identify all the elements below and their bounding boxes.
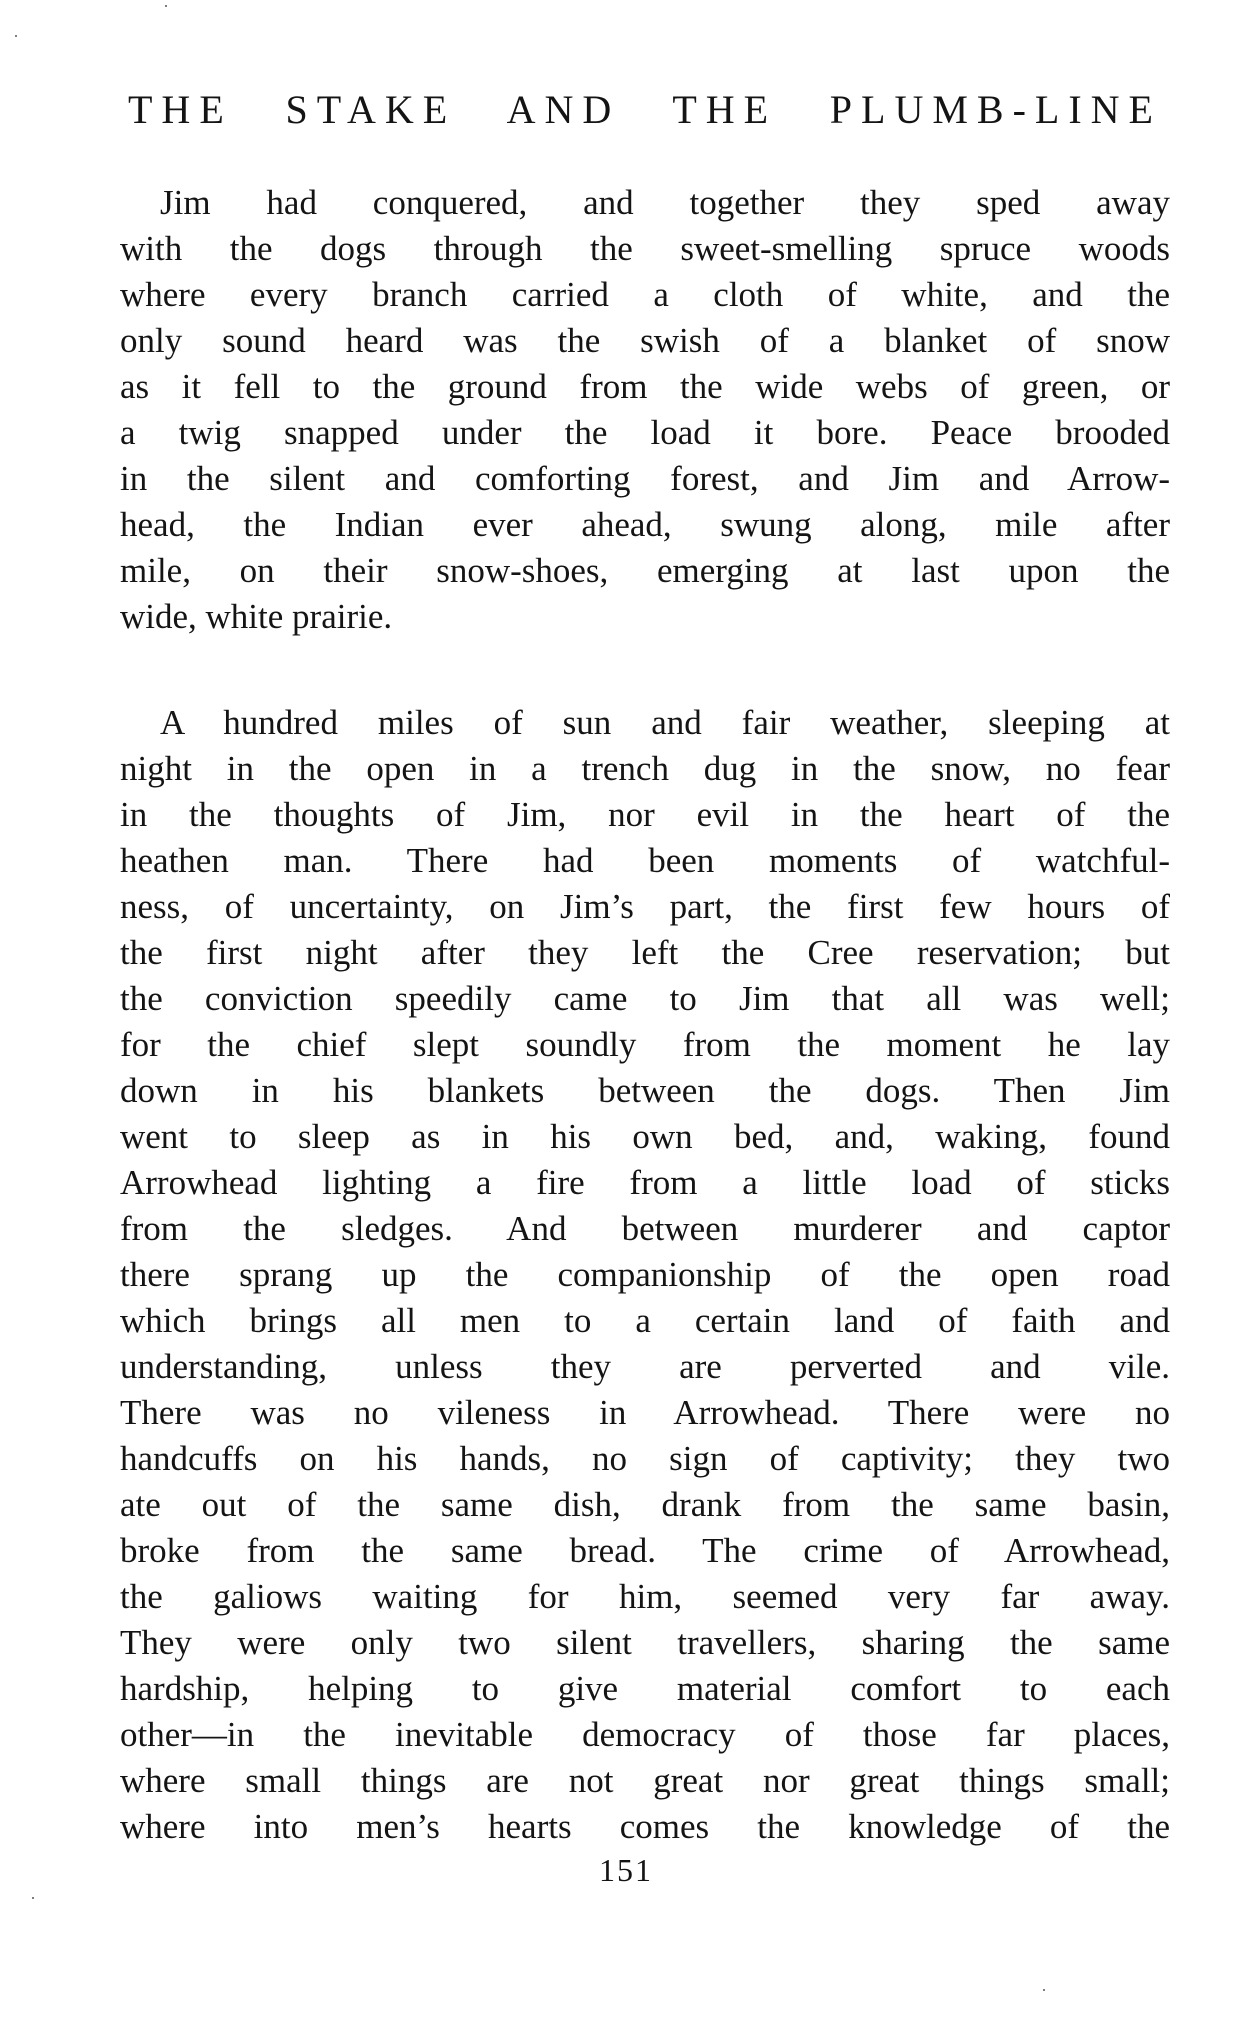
text-line: other—in the inevitable democracy of tho… [120,1712,1170,1758]
running-head: THE STAKE AND THE PLUMB-LINE [128,88,1162,132]
scan-speck [1043,1989,1045,1991]
text-line: went to sleep as in his own bed, and, wa… [120,1114,1170,1160]
text-line: mile, on their snow-shoes, emerging at l… [120,548,1170,594]
text-line: ate out of the same dish, drank from the… [120,1482,1170,1528]
scan-speck [15,35,17,37]
text-line: Jim had conquered, and together they spe… [120,180,1170,226]
text-line: the conviction speedily came to Jim that… [120,976,1170,1022]
text-line: They were only two silent travellers, sh… [120,1620,1170,1666]
paragraph-1: Jim had conquered, and together they spe… [120,180,1170,640]
text-line: the first night after they left the Cree… [120,930,1170,976]
running-head-text: THE STAKE AND THE PLUMB-LINE [128,88,1162,132]
text-line: in the thoughts of Jim, nor evil in the … [120,792,1170,838]
text-line: understanding, unless they are perverted… [120,1344,1170,1390]
text-line: with the dogs through the sweet-smelling… [120,226,1170,272]
text-line: handcuffs on his hands, no sign of capti… [120,1436,1170,1482]
text-line: a twig snapped under the load it bore. P… [120,410,1170,456]
text-line: the galiows waiting for him, seemed very… [120,1574,1170,1620]
text-line: there sprang up the companionship of the… [120,1252,1170,1298]
text-line: only sound heard was the swish of a blan… [120,318,1170,364]
text-line: broke from the same bread. The crime of … [120,1528,1170,1574]
text-line: in the silent and comforting forest, and… [120,456,1170,502]
scan-speck [32,1897,34,1899]
scan-speck [165,5,167,7]
text-line: Arrowhead lighting a fire from a little … [120,1160,1170,1206]
text-line: head, the Indian ever ahead, swung along… [120,502,1170,548]
text-line: heathen man. There had been moments of w… [120,838,1170,884]
text-line: wide, white prairie. [120,594,1170,640]
text-line: There was no vileness in Arrowhead. Ther… [120,1390,1170,1436]
paragraph-2: A hundred miles of sun and fair weather,… [120,700,1170,1850]
text-line: as it fell to the ground from the wide w… [120,364,1170,410]
page-number: 151 [576,1850,676,1890]
text-line: which brings all men to a certain land o… [120,1298,1170,1344]
text-line: A hundred miles of sun and fair weather,… [120,700,1170,746]
text-line: where into men’s hearts comes the knowle… [120,1804,1170,1850]
text-line: for the chief slept soundly from the mom… [120,1022,1170,1068]
text-line: hardship, helping to give material comfo… [120,1666,1170,1712]
text-line: night in the open in a trench dug in the… [120,746,1170,792]
text-line: down in his blankets between the dogs. T… [120,1068,1170,1114]
text-line: ness, of uncertainty, on Jim’s part, the… [120,884,1170,930]
text-line: where every branch carried a cloth of wh… [120,272,1170,318]
book-page: THE STAKE AND THE PLUMB-LINE Jim had con… [0,0,1252,2025]
text-line: from the sledges. And between murderer a… [120,1206,1170,1252]
text-line: where small things are not great nor gre… [120,1758,1170,1804]
